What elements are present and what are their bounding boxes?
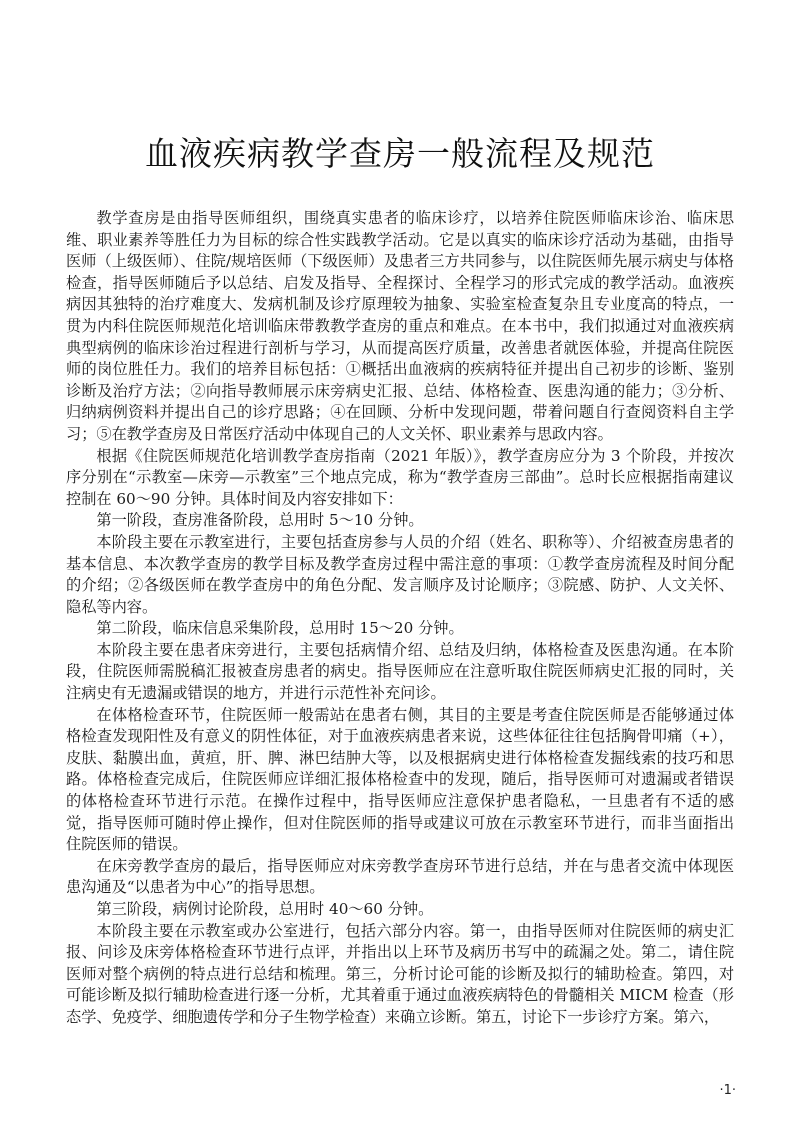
paragraph-bedside-summary: 在床旁教学查房的最后，指导医师应对床旁教学查房环节进行总结，并在与患者交流中体现… (66, 856, 734, 899)
paragraph-stage-3-heading: 第三阶段，病例讨论阶段，总用时 40～60 分钟。 (66, 899, 734, 921)
paragraph-physical-exam: 在体格检查环节，住院医师一般需站在患者右侧，其目的主要是考查住院医师是否能够通过… (66, 705, 734, 856)
document-body: 教学查房是由指导医师组织，围绕真实患者的临床诊疗，以培养住院医师临床诊治、临床思… (66, 208, 734, 1029)
paragraph-stage-2-content: 本阶段主要在患者床旁进行，主要包括病情介绍、总结及归纳，体格检查及医患沟通。在本… (66, 640, 734, 705)
page-number: ·1· (700, 1083, 736, 1098)
paragraph-intro: 教学查房是由指导医师组织，围绕真实患者的临床诊疗，以培养住院医师临床诊治、临床思… (66, 208, 734, 446)
paragraph-stage-3-content: 本阶段主要在示教室或办公室进行，包括六部分内容。第一，由指导医师对住院医师的病史… (66, 921, 734, 1029)
paragraph-stage-1-content: 本阶段主要在示教室进行，主要包括查房参与人员的介绍（姓名、职称等）、介绍被查房患… (66, 532, 734, 618)
page-title: 血液疾病教学查房一般流程及规范 (0, 128, 800, 175)
paragraph-stage-1-heading: 第一阶段，查房准备阶段，总用时 5～10 分钟。 (66, 510, 734, 532)
paragraph-guideline: 根据《住院医师规范化培训教学查房指南（2021 年版）》，教学查房应分为 3 个… (66, 446, 734, 511)
paragraph-stage-2-heading: 第二阶段，临床信息采集阶段，总用时 15～20 分钟。 (66, 618, 734, 640)
